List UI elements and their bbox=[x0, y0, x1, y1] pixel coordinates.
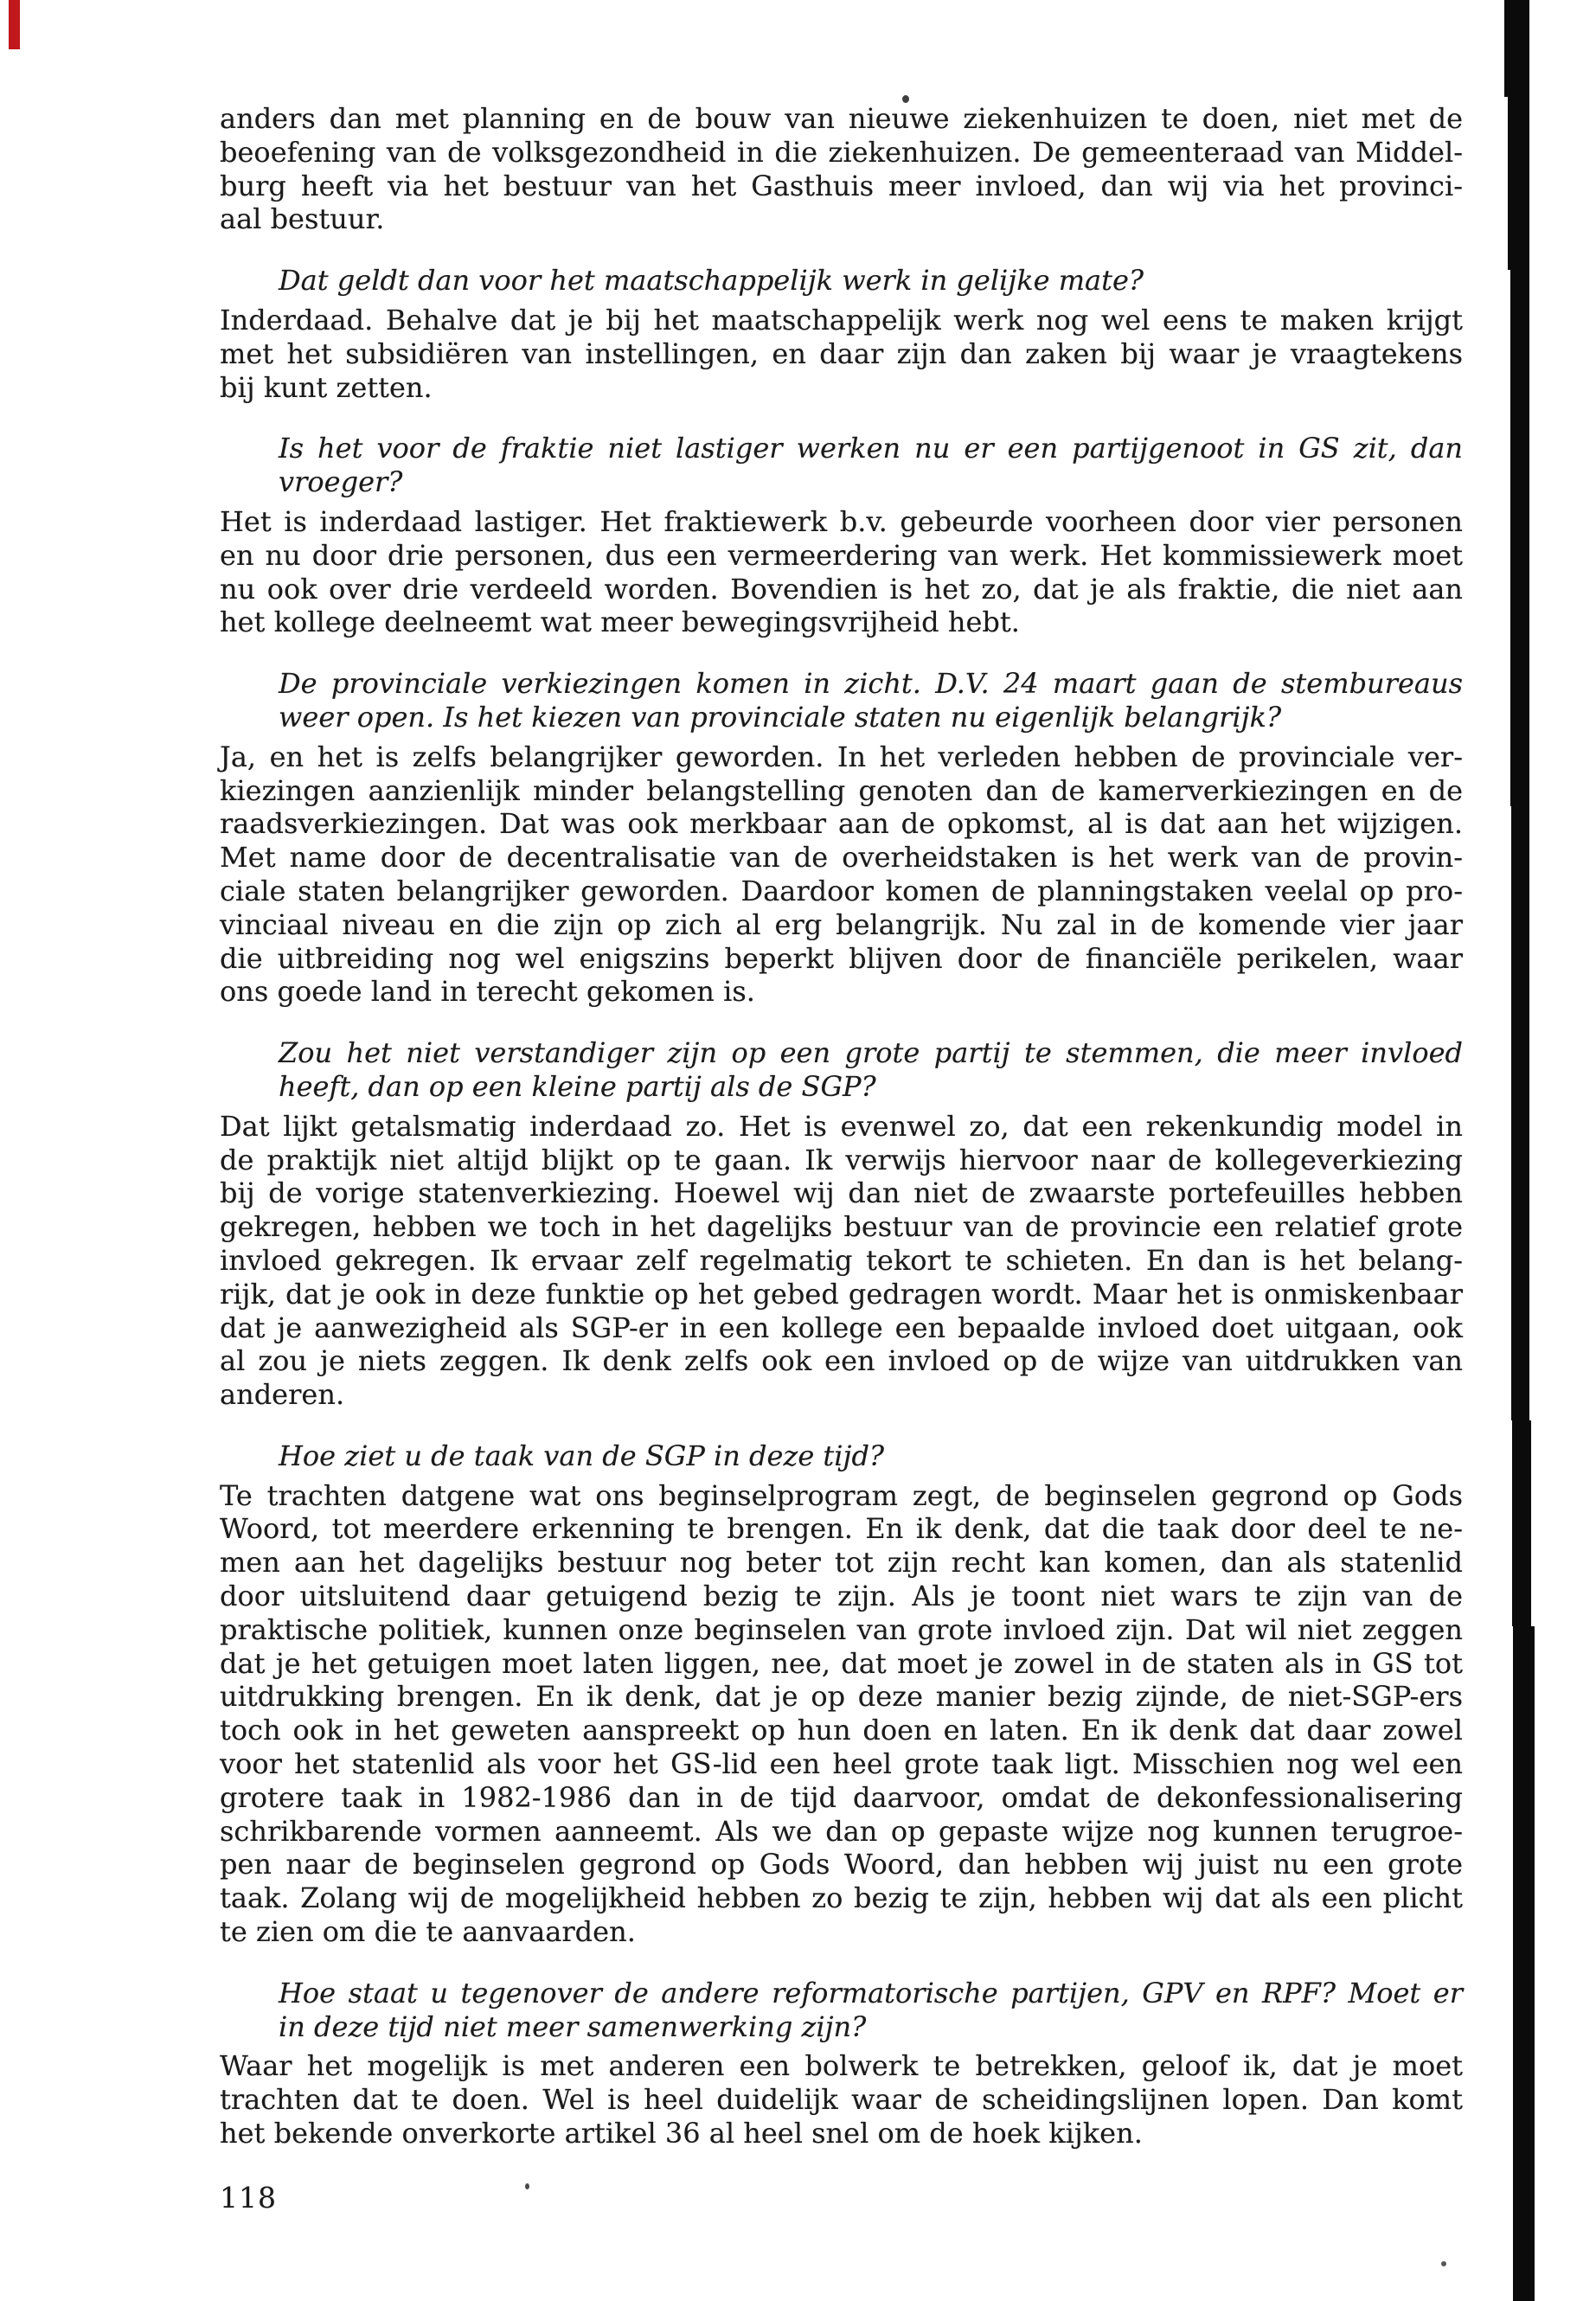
text-line: door uitsluitend daar getuigend bezig te… bbox=[220, 1580, 1463, 1613]
text-line: pen naar de beginselen gegrond op Gods W… bbox=[220, 1848, 1463, 1881]
text-line: aal bestuur. bbox=[220, 202, 1463, 236]
ink-speck bbox=[902, 95, 909, 103]
text-line: Hoe staat u tegenover de andere reformat… bbox=[279, 1977, 1463, 2010]
text-line: Met name door de decentralisatie van de … bbox=[220, 841, 1463, 875]
ink-speck bbox=[1441, 2261, 1446, 2266]
interview-question-paragraph: Hoe staat u tegenover de andere reformat… bbox=[220, 1977, 1463, 2044]
text-line: bij de vorige statenverkiezing. Hoewel w… bbox=[220, 1176, 1463, 1210]
text-line: Te trachten datgene wat ons beginselprog… bbox=[220, 1479, 1463, 1513]
text-line: men aan het dagelijks bestuur nog beter … bbox=[220, 1546, 1463, 1580]
text-line: met het subsidiëren van instellingen, en… bbox=[220, 337, 1463, 371]
text-line: en nu door drie personen, dus een vermee… bbox=[220, 539, 1463, 573]
text-line: de praktijk niet altijd blijkt op te gaa… bbox=[220, 1144, 1463, 1177]
text-line: weer open. Is het kiezen van provinciale… bbox=[279, 701, 1463, 734]
interview-question-paragraph: Hoe ziet u de taak van de SGP in deze ti… bbox=[220, 1439, 1463, 1473]
text-line: uitdrukking brengen. En ik denk, dat je … bbox=[220, 1680, 1463, 1714]
text-line: toch ook in het geweten aanspreekt op hu… bbox=[220, 1714, 1463, 1747]
text-line: het bekende onverkorte artikel 36 al hee… bbox=[220, 2117, 1463, 2150]
text-line: praktische politiek, kunnen onze beginse… bbox=[220, 1613, 1463, 1647]
text-line: Hoe ziet u de taak van de SGP in deze ti… bbox=[279, 1439, 1463, 1473]
text-line: die uitbreiding nog wel enigszins beperk… bbox=[220, 942, 1463, 976]
ink-speck bbox=[525, 2183, 529, 2189]
text-line: in deze tijd niet meer samenwerking zijn… bbox=[279, 2010, 1463, 2044]
text-column: anders dan met planning en de bouw van n… bbox=[220, 0, 1463, 2215]
text-line: raadsverkiezingen. Dat was ook merkbaar … bbox=[220, 807, 1463, 841]
text-line: schrikbarende vormen aanneemt. Als we da… bbox=[220, 1815, 1463, 1849]
text-line: vroeger? bbox=[279, 465, 1463, 499]
interview-answer-paragraph: Ja, en het is zelfs belangrijker geworde… bbox=[220, 740, 1463, 1009]
scan-gutter-bar bbox=[1512, 1420, 1531, 1626]
interview-answer-paragraph: Te trachten datgene wat ons beginselprog… bbox=[220, 1479, 1463, 1949]
interview-answer-paragraph: Waar het mogelijk is met anderen een bol… bbox=[220, 2049, 1463, 2150]
text-line: kiezingen aanzienlijk minder belangstell… bbox=[220, 774, 1463, 808]
text-line: Inderdaad. Behalve dat je bij het maatsc… bbox=[220, 304, 1463, 337]
text-line: invloed gekregen. Ik ervaar zelf regelma… bbox=[220, 1244, 1463, 1278]
interview-answer-paragraph: Het is inderdaad lastiger. Het fraktiewe… bbox=[220, 505, 1463, 639]
text-line: Ja, en het is zelfs belangrijker geworde… bbox=[220, 740, 1463, 774]
text-line: burg heeft via het bestuur van het Gasth… bbox=[220, 170, 1463, 203]
text-line: Zou het niet verstandiger zijn op een gr… bbox=[279, 1036, 1463, 1070]
text-line: ciale staten belangrijker geworden. Daar… bbox=[220, 875, 1463, 908]
text-line: te zien om die te aanvaarden. bbox=[220, 1915, 1463, 1949]
text-line: gekregen, hebben we toch in het dagelijk… bbox=[220, 1210, 1463, 1244]
text-line: bij kunt zetten. bbox=[220, 371, 1463, 405]
text-line: voor het statenlid als voor het GS-lid e… bbox=[220, 1747, 1463, 1781]
interview-answer-paragraph: Inderdaad. Behalve dat je bij het maatsc… bbox=[220, 304, 1463, 404]
scan-gutter-bar bbox=[1510, 270, 1529, 806]
text-line: het kollege deelneemt wat meer bewegings… bbox=[220, 606, 1463, 639]
text-line: dat je aanwezigheid als SGP-er in een ko… bbox=[220, 1311, 1463, 1345]
text-line: nu ook over drie verdeeld worden. Bovend… bbox=[220, 573, 1463, 606]
text-line: anderen. bbox=[220, 1378, 1463, 1412]
interview-answer-paragraph: Dat lijkt getalsmatig inderdaad zo. Het … bbox=[220, 1110, 1463, 1412]
text-line: Is het voor de fraktie niet lastiger wer… bbox=[279, 432, 1463, 465]
interview-question-paragraph: Zou het niet verstandiger zijn op een gr… bbox=[220, 1036, 1463, 1104]
text-line: dat je het getuigen moet laten liggen, n… bbox=[220, 1647, 1463, 1681]
interview-question-paragraph: De provinciale verkiezingen komen in zic… bbox=[220, 667, 1463, 734]
interview-question-paragraph: Dat geldt dan voor het maatschappelijk w… bbox=[220, 264, 1463, 298]
text-line: ons goede land in terecht gekomen is. bbox=[220, 975, 1463, 1009]
text-line: rijk, dat je ook in deze funktie op het … bbox=[220, 1278, 1463, 1311]
scan-gutter-bar bbox=[1508, 97, 1529, 270]
text-line: grotere taak in 1982-1986 dan in de tijd… bbox=[220, 1781, 1463, 1815]
text-line: Waar het mogelijk is met anderen een bol… bbox=[220, 2049, 1463, 2083]
scan-gutter-bar bbox=[1513, 1626, 1535, 2301]
text-line: vinciaal niveau en die zijn op zich al e… bbox=[220, 908, 1463, 942]
red-mark bbox=[9, 0, 20, 49]
text-line: taak. Zolang wij de mogelijkheid hebben … bbox=[220, 1881, 1463, 1915]
scan-gutter-bar bbox=[1504, 0, 1529, 97]
text-line: De provinciale verkiezingen komen in zic… bbox=[279, 667, 1463, 701]
text-line: anders dan met planning en de bouw van n… bbox=[220, 102, 1463, 136]
text-line: Dat geldt dan voor het maatschappelijk w… bbox=[279, 264, 1463, 298]
page-number: 118 bbox=[220, 2182, 1463, 2215]
text-line: al zou je niets zeggen. Ik denk zelfs oo… bbox=[220, 1344, 1463, 1378]
text-line: Het is inderdaad lastiger. Het fraktiewe… bbox=[220, 505, 1463, 539]
scanned-page: anders dan met planning en de bouw van n… bbox=[0, 0, 1596, 2301]
interview-answer-paragraph: anders dan met planning en de bouw van n… bbox=[220, 102, 1463, 236]
interview-question-paragraph: Is het voor de fraktie niet lastiger wer… bbox=[220, 432, 1463, 499]
text-line: Dat lijkt getalsmatig inderdaad zo. Het … bbox=[220, 1110, 1463, 1144]
text-line: Woord, tot meerdere erkenning te brengen… bbox=[220, 1512, 1463, 1546]
text-line: heeft, dan op een kleine partij als de S… bbox=[279, 1070, 1463, 1104]
text-line: trachten dat te doen. Wel is heel duidel… bbox=[220, 2083, 1463, 2117]
scan-gutter-bar bbox=[1511, 806, 1529, 1420]
text-line: beoefening van de volksgezondheid in die… bbox=[220, 136, 1463, 170]
